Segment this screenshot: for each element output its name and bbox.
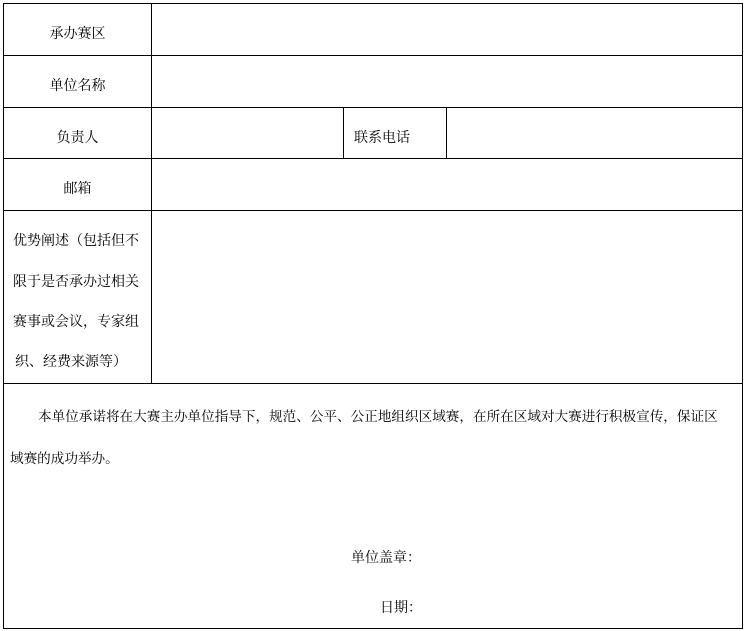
contact-person-field[interactable] [152,108,343,158]
date-label: 日期： [380,600,422,616]
advantages-label-line-2: 限于是否承办过相关 [13,274,139,290]
phone-cell-left-divider [343,107,344,159]
phone-label: 联系电话 [354,130,410,146]
unit-name-field[interactable] [152,56,741,107]
advantages-label-line-4: 织、经费来源等） [15,354,127,370]
commitment-text-line-2: 域赛的成功举办。 [10,451,119,467]
region-field[interactable] [152,4,741,55]
region-label: 承办赛区 [4,26,151,42]
advantages-label-line-1: 优势阐述（包括但不 [13,233,139,249]
row-divider [3,383,742,384]
email-label: 邮箱 [4,181,151,197]
commitment-text-line-1: 本单位承诺将在大赛主办单位指导下，规范、公平、公正地组织区域赛，在所在区域对大赛… [38,409,718,425]
contact-person-label: 负责人 [4,130,151,146]
phone-field[interactable] [447,108,741,158]
unit-name-label: 单位名称 [4,78,151,94]
seal-label: 单位盖章： [351,550,421,566]
email-field[interactable] [152,159,741,210]
advantages-field[interactable] [152,211,741,383]
advantages-label-line-3: 赛事或会议，专家组 [13,314,139,330]
